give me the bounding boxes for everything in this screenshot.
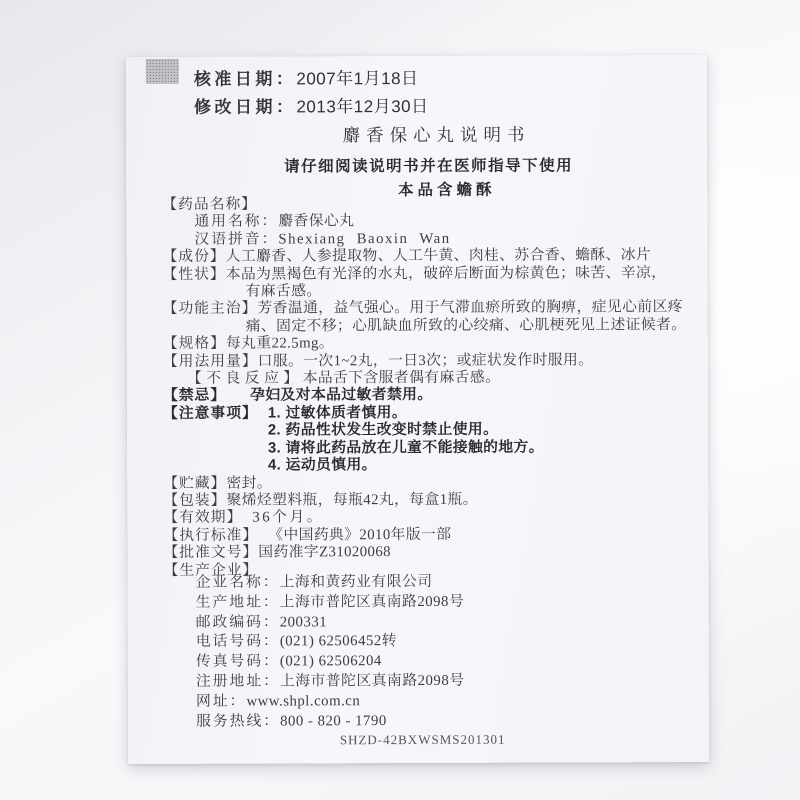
- storage-header: 【贮藏】: [163, 475, 226, 491]
- ingredients-header: 【成份】: [162, 249, 225, 265]
- company-hotline-line: 服务热线：800 - 820 - 1790: [196, 711, 676, 732]
- precaution-item-4: 4. 运动员慎用。: [268, 457, 544, 475]
- pinyin-line: 汉语拼音：Shexiang Baoxin Wan: [194, 230, 681, 249]
- description-header: 【性状】: [162, 266, 225, 282]
- company-phone-value: (021) 62506452转: [280, 633, 397, 649]
- adverse-reaction-value: 本品舌下含服者偶有麻舌感。: [303, 370, 501, 387]
- generic-name-label: 通用名称：: [194, 214, 278, 230]
- revision-date-value: 2013年12月30日: [296, 97, 428, 116]
- company-address-label: 生产地址：: [196, 593, 280, 613]
- spec-header: 【规格】: [163, 336, 226, 352]
- standard-header: 【执行标准】: [163, 527, 258, 543]
- company-address-line: 生产地址：上海市普陀区真南路2098号: [196, 592, 676, 613]
- print-registration-mark: [146, 59, 179, 84]
- drug-name-header-text: 【药品名称】: [162, 197, 257, 213]
- leaflet-code: SHZD-42BXWSMS201301: [164, 731, 681, 749]
- photo-background: 核准日期：2007年1月18日 修改日期：2013年12月30日 麝香保心丸说明…: [0, 0, 800, 800]
- description-line-2: 有麻舌感。: [246, 282, 682, 301]
- validity-header: 【有效期】: [163, 510, 242, 526]
- drug-name-header: 【药品名称】: [162, 195, 681, 214]
- company-reg-address-line: 注册地址：上海市普陀区真南路2098号: [196, 671, 676, 692]
- storage-value: 密封。: [226, 475, 272, 491]
- precaution-item-1: 1. 过敏体质者慎用。: [268, 404, 544, 422]
- precautions-items: 1. 过敏体质者慎用。 2. 药品性状发生改变时禁止使用。 3. 请将此药品放在…: [268, 404, 544, 475]
- package-line: 【包装】聚烯烃塑料瓶，每瓶42丸，每盒1瓶。: [163, 491, 682, 510]
- dosage-header: 【用法用量】: [163, 353, 258, 369]
- company-hotline-label: 服务热线：: [196, 712, 280, 732]
- company-phone-label: 电话号码：: [196, 633, 280, 653]
- indications-header: 【功能主治】: [163, 301, 258, 317]
- standard-line: 【执行标准】《中国药典》2010年版一部: [163, 526, 682, 545]
- adverse-reaction-line: 【不良反应】本品舌下含服者偶有麻舌感。: [163, 369, 682, 388]
- indications-value-2: 痛、固定不移；心肌缺血所致的心绞痛、心肌梗死见上述证候者。: [246, 317, 687, 335]
- generic-name-line: 通用名称：麝香保心丸: [194, 212, 681, 231]
- approval-no-line: 【批准文号】国药准字Z31020068: [163, 543, 682, 562]
- contraindication-line: 【禁忌】孕妇及对本品过敏者禁用。: [163, 387, 682, 406]
- pinyin-label: 汉语拼音：: [194, 231, 278, 247]
- company-fax-line: 传真号码：(021) 62506204: [196, 651, 676, 672]
- contraindication-value: 孕妇及对本品过敏者禁用。: [250, 387, 432, 404]
- description-line-1: 【性状】本品为黑褐色有光泽的水丸，破碎后断面为棕黄色；味苦、辛凉，: [162, 265, 681, 284]
- approval-date-label: 核准日期：: [194, 69, 297, 88]
- company-website-label: 网址：: [196, 693, 246, 709]
- approval-date-line: 核准日期：2007年1月18日: [194, 68, 419, 91]
- approval-date-value: 2007年1月18日: [296, 69, 418, 88]
- leaflet-title: 麝香保心丸说明书: [178, 121, 695, 148]
- approval-no-value: 国药准字Z31020068: [258, 544, 391, 560]
- ingredients-line: 【成份】人工麝香、人参提取物、人工牛黄、肉桂、苏合香、蟾酥、冰片: [162, 247, 681, 266]
- package-header: 【包装】: [163, 493, 226, 509]
- company-reg-address-value: 上海市普陀区真南路2098号: [280, 673, 465, 690]
- company-phone-line: 电话号码：(021) 62506452转: [196, 631, 676, 652]
- spec-line: 【规格】每丸重22.5mg。: [163, 334, 682, 353]
- dosage-value: 口服。一次1~2丸，一日3次；或症状发作时服用。: [258, 352, 594, 369]
- package-value: 聚烯烃塑料瓶，每瓶42丸，每盒1瓶。: [226, 492, 477, 509]
- contraindication-header: 【禁忌】: [163, 388, 226, 404]
- company-info: 企业名称：上海和黄药业有限公司 生产地址：上海市普陀区真南路2098号 邮政编码…: [196, 572, 677, 732]
- approval-no-header: 【批准文号】: [163, 545, 258, 561]
- adverse-reaction-header: 【不良反应】: [187, 370, 303, 386]
- indications-line-1: 【功能主治】芳香温通，益气强心。用于气滞血瘀所致的胸痹，症见心前区疼: [163, 300, 682, 319]
- storage-line: 【贮藏】密封。: [163, 474, 682, 493]
- revision-date-line: 修改日期：2013年12月30日: [194, 96, 429, 119]
- company-name-label: 企业名称：: [196, 573, 280, 593]
- validity-line: 【有效期】36个月。: [163, 508, 682, 527]
- description-value-2: 有麻舌感。: [246, 283, 322, 299]
- precautions-header: 【注意事项】: [163, 405, 258, 423]
- precaution-item-3: 3. 请将此药品放在儿童不能接触的地方。: [268, 439, 544, 457]
- company-reg-address-label: 注册地址：: [196, 672, 280, 692]
- company-address-value: 上海市普陀区真南路2098号: [280, 594, 465, 611]
- company-postcode-value: 200331: [280, 614, 327, 630]
- company-fax-value: (021) 62506204: [280, 653, 382, 669]
- precautions-block: 【注意事项】 1. 过敏体质者慎用。 2. 药品性状发生改变时禁止使用。 3. …: [163, 404, 682, 475]
- generic-name-value: 麝香保心丸: [278, 214, 354, 230]
- leaflet-body: 【药品名称】 通用名称：麝香保心丸 汉语拼音：Shexiang Baoxin W…: [162, 195, 682, 580]
- pinyin-value: Shexiang Baoxin Wan: [278, 231, 450, 248]
- leaflet-paper: 核准日期：2007年1月18日 修改日期：2013年12月30日 麝香保心丸说明…: [126, 55, 709, 764]
- company-hotline-value: 800 - 820 - 1790: [280, 713, 387, 729]
- revision-date-label: 修改日期：: [194, 97, 297, 116]
- company-postcode-line: 邮政编码：200331: [196, 612, 676, 633]
- company-name-line: 企业名称：上海和黄药业有限公司: [196, 572, 676, 593]
- ingredients-value: 人工麝香、人参提取物、人工牛黄、肉桂、苏合香、蟾酥、冰片: [226, 247, 652, 264]
- indications-value-1: 芳香温通，益气强心。用于气滞血瘀所致的胸痹，症见心前区疼: [257, 300, 683, 317]
- company-postcode-label: 邮政编码：: [196, 613, 280, 633]
- indications-line-2: 痛、固定不移；心肌缺血所致的心绞痛、心肌梗死见上述证候者。: [246, 317, 682, 336]
- caution-statement: 请仔细阅读说明书并在医师指导下使用: [170, 153, 687, 177]
- company-website-value: www.shpl.com.cn: [246, 693, 360, 709]
- standard-value: 《中国药典》2010年版一部: [268, 527, 451, 544]
- dosage-line: 【用法用量】口服。一次1~2丸，一日3次；或症状发作时服用。: [163, 352, 682, 371]
- precaution-item-2: 2. 药品性状发生改变时禁止使用。: [268, 422, 544, 440]
- company-name-value: 上海和黄药业有限公司: [280, 574, 433, 591]
- company-website-line: 网址：www.shpl.com.cn: [196, 691, 676, 712]
- company-fax-label: 传真号码：: [196, 653, 280, 673]
- description-value-1: 本品为黑褐色有光泽的水丸，破碎后断面为棕黄色；味苦、辛凉，: [226, 265, 667, 283]
- validity-value: 36个月。: [252, 510, 324, 526]
- spec-value: 每丸重22.5mg。: [226, 336, 334, 352]
